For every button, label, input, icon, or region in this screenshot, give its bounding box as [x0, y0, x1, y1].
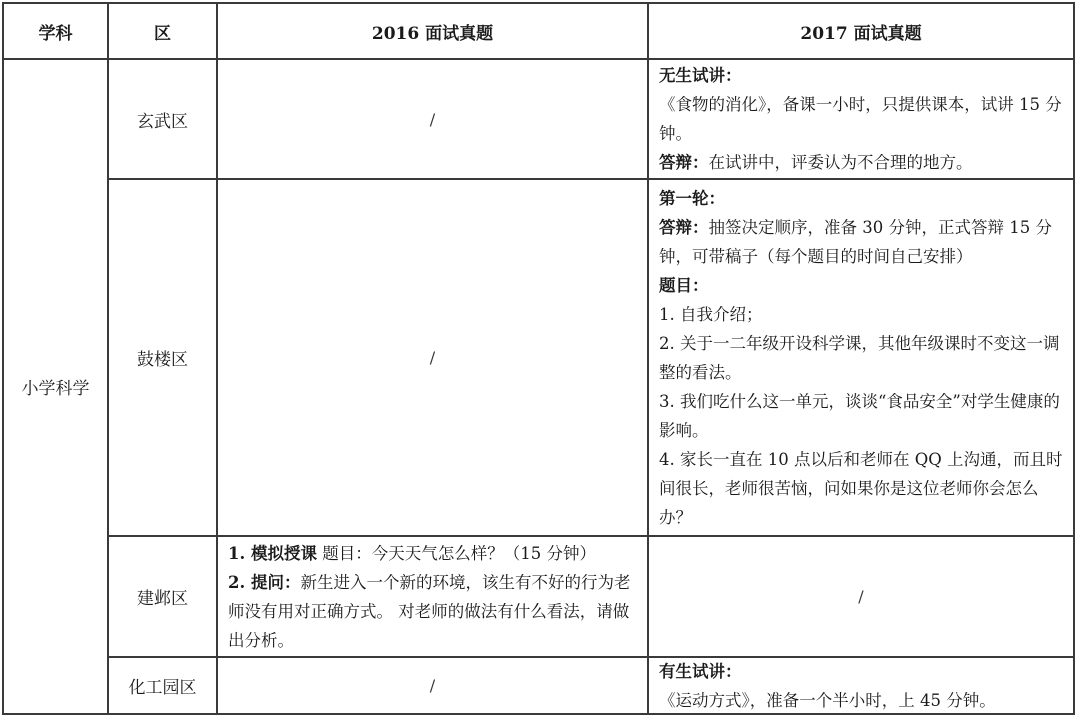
header-2016-label: 2016 面试真题: [372, 19, 493, 44]
header-district-label: 区: [154, 19, 171, 44]
subject-label: 小学科学: [22, 374, 90, 399]
header-2017-label: 2017 面试真题: [800, 19, 921, 44]
header-2017: 2017 面试真题: [649, 4, 1073, 58]
empty-marker: /: [430, 348, 435, 367]
district-cell: 鼓楼区: [109, 180, 216, 535]
content-line: 答辩：在试讲中，评委认为不合理的地方。: [659, 148, 1065, 177]
content-line: 有生试讲：: [659, 657, 1065, 686]
header-district: 区: [109, 4, 216, 58]
district-label: 玄武区: [137, 107, 188, 132]
district-cell: 玄武区: [109, 60, 216, 178]
empty-marker: /: [430, 110, 435, 129]
empty-2017-cell: /: [649, 537, 1073, 656]
content-line: 1. 模拟授课 题目：今天天气怎么样？（15 分钟）: [228, 539, 639, 568]
content-line: 无生试讲：: [659, 61, 1065, 90]
district-label: 化工园区: [129, 673, 197, 698]
content-line: 3. 我们吃什么这一单元，谈谈“食品安全”对学生健康的影响。: [659, 387, 1065, 445]
content-line: 2. 关于一二年级开设科学课，其他年级课时不变这一调整的看法。: [659, 329, 1065, 387]
content-line: 4. 家长一直在 10 点以后和老师在 QQ 上沟通，而且时间很长，老师很苦恼，…: [659, 445, 1065, 532]
content-line: 《运动方式》，准备一个半小时，上 45 分钟。: [659, 686, 1065, 715]
content-line: 1. 自我介绍；: [659, 300, 1065, 329]
district-label: 鼓楼区: [137, 345, 188, 370]
content-2017-cell: 无生试讲： 《食物的消化》，备课一小时，只提供课本，试讲 15 分钟。 答辩：在…: [649, 60, 1073, 178]
content-line: 第一轮：: [659, 184, 1065, 213]
content-2017-cell: 有生试讲： 《运动方式》，准备一个半小时，上 45 分钟。: [649, 658, 1073, 713]
empty-marker: /: [858, 587, 863, 606]
header-2016: 2016 面试真题: [218, 4, 647, 58]
empty-marker: /: [430, 676, 435, 695]
district-label: 建邺区: [137, 584, 188, 609]
content-2016-cell: 1. 模拟授课 题目：今天天气怎么样？（15 分钟） 2. 提问：新生进入一个新…: [218, 537, 647, 656]
empty-2016-cell: /: [218, 180, 647, 535]
content-line: 答辩：抽签决定顺序，准备 30 分钟，正式答辩 15 分钟，可带稿子（每个题目的…: [659, 213, 1065, 271]
content-2017-cell: 第一轮： 答辩：抽签决定顺序，准备 30 分钟，正式答辩 15 分钟，可带稿子（…: [649, 180, 1073, 535]
content-line: 《食物的消化》，备课一小时，只提供课本，试讲 15 分钟。: [659, 90, 1065, 148]
interview-questions-table: 学科 区 2016 面试真题 2017 面试真题 小学科学 玄武区 / 无生试讲…: [2, 2, 1075, 715]
header-subject: 学科: [4, 4, 107, 58]
district-cell: 化工园区: [109, 658, 216, 713]
subject-cell: 小学科学: [4, 60, 107, 713]
header-subject-label: 学科: [39, 19, 73, 44]
empty-2016-cell: /: [218, 658, 647, 713]
content-line: 2. 提问：新生进入一个新的环境，该生有不好的行为老师没有用对正确方式。 对老师…: [228, 568, 639, 655]
empty-2016-cell: /: [218, 60, 647, 178]
district-cell: 建邺区: [109, 537, 216, 656]
content-line: 题目：: [659, 271, 1065, 300]
